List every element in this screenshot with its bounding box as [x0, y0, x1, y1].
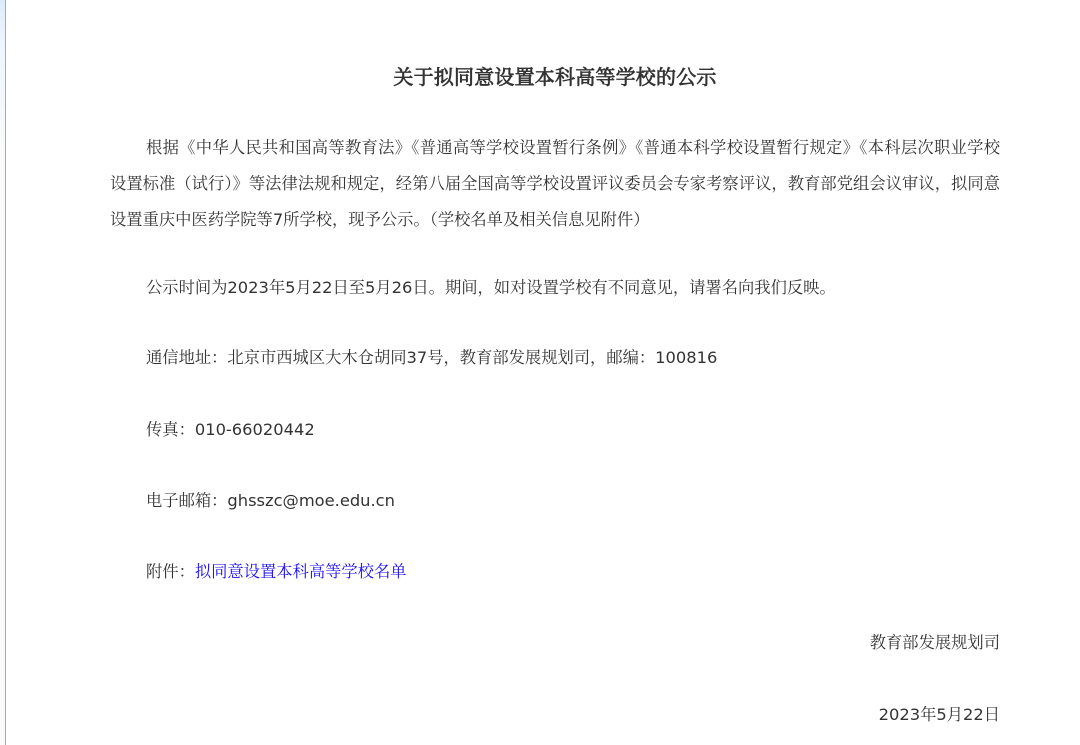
- period-paragraph: 公示时间为2023年5月22日至5月26日。期间，如对设置学校有不同意见，请署名…: [146, 276, 836, 300]
- attachment-line: 附件：拟同意设置本科高等学校名单: [146, 560, 407, 584]
- article-body: 关于拟同意设置本科高等学校的公示 根据《中华人民共和国高等教育法》《普通高等学校…: [110, 0, 1000, 745]
- email-line: 电子邮箱：ghsszc@moe.edu.cn: [146, 489, 395, 513]
- fax-value: 010-66020442: [195, 420, 315, 439]
- left-window-border: [5, 0, 6, 745]
- page-title: 关于拟同意设置本科高等学校的公示: [110, 61, 1000, 90]
- signature-organization: 教育部发展规划司: [870, 631, 1000, 655]
- fax-line: 传真：010-66020442: [146, 418, 315, 442]
- intro-paragraph: 根据《中华人民共和国高等教育法》《普通高等学校设置暂行条例》《普通本科学校设置暂…: [110, 130, 1000, 238]
- email-label: 电子邮箱：: [146, 491, 227, 510]
- attachment-link[interactable]: 拟同意设置本科高等学校名单: [195, 562, 407, 581]
- attachment-label: 附件：: [146, 562, 195, 581]
- address-label: 通信地址：: [146, 348, 227, 367]
- fax-label: 传真：: [146, 420, 195, 439]
- email-value: ghsszc@moe.edu.cn: [227, 491, 395, 510]
- address-line: 通信地址：北京市西城区大木仓胡同37号，教育部发展规划司，邮编：100816: [146, 346, 717, 370]
- address-value: 北京市西城区大木仓胡同37号，教育部发展规划司，邮编：100816: [227, 348, 717, 367]
- signature-date: 2023年5月22日: [879, 703, 1000, 727]
